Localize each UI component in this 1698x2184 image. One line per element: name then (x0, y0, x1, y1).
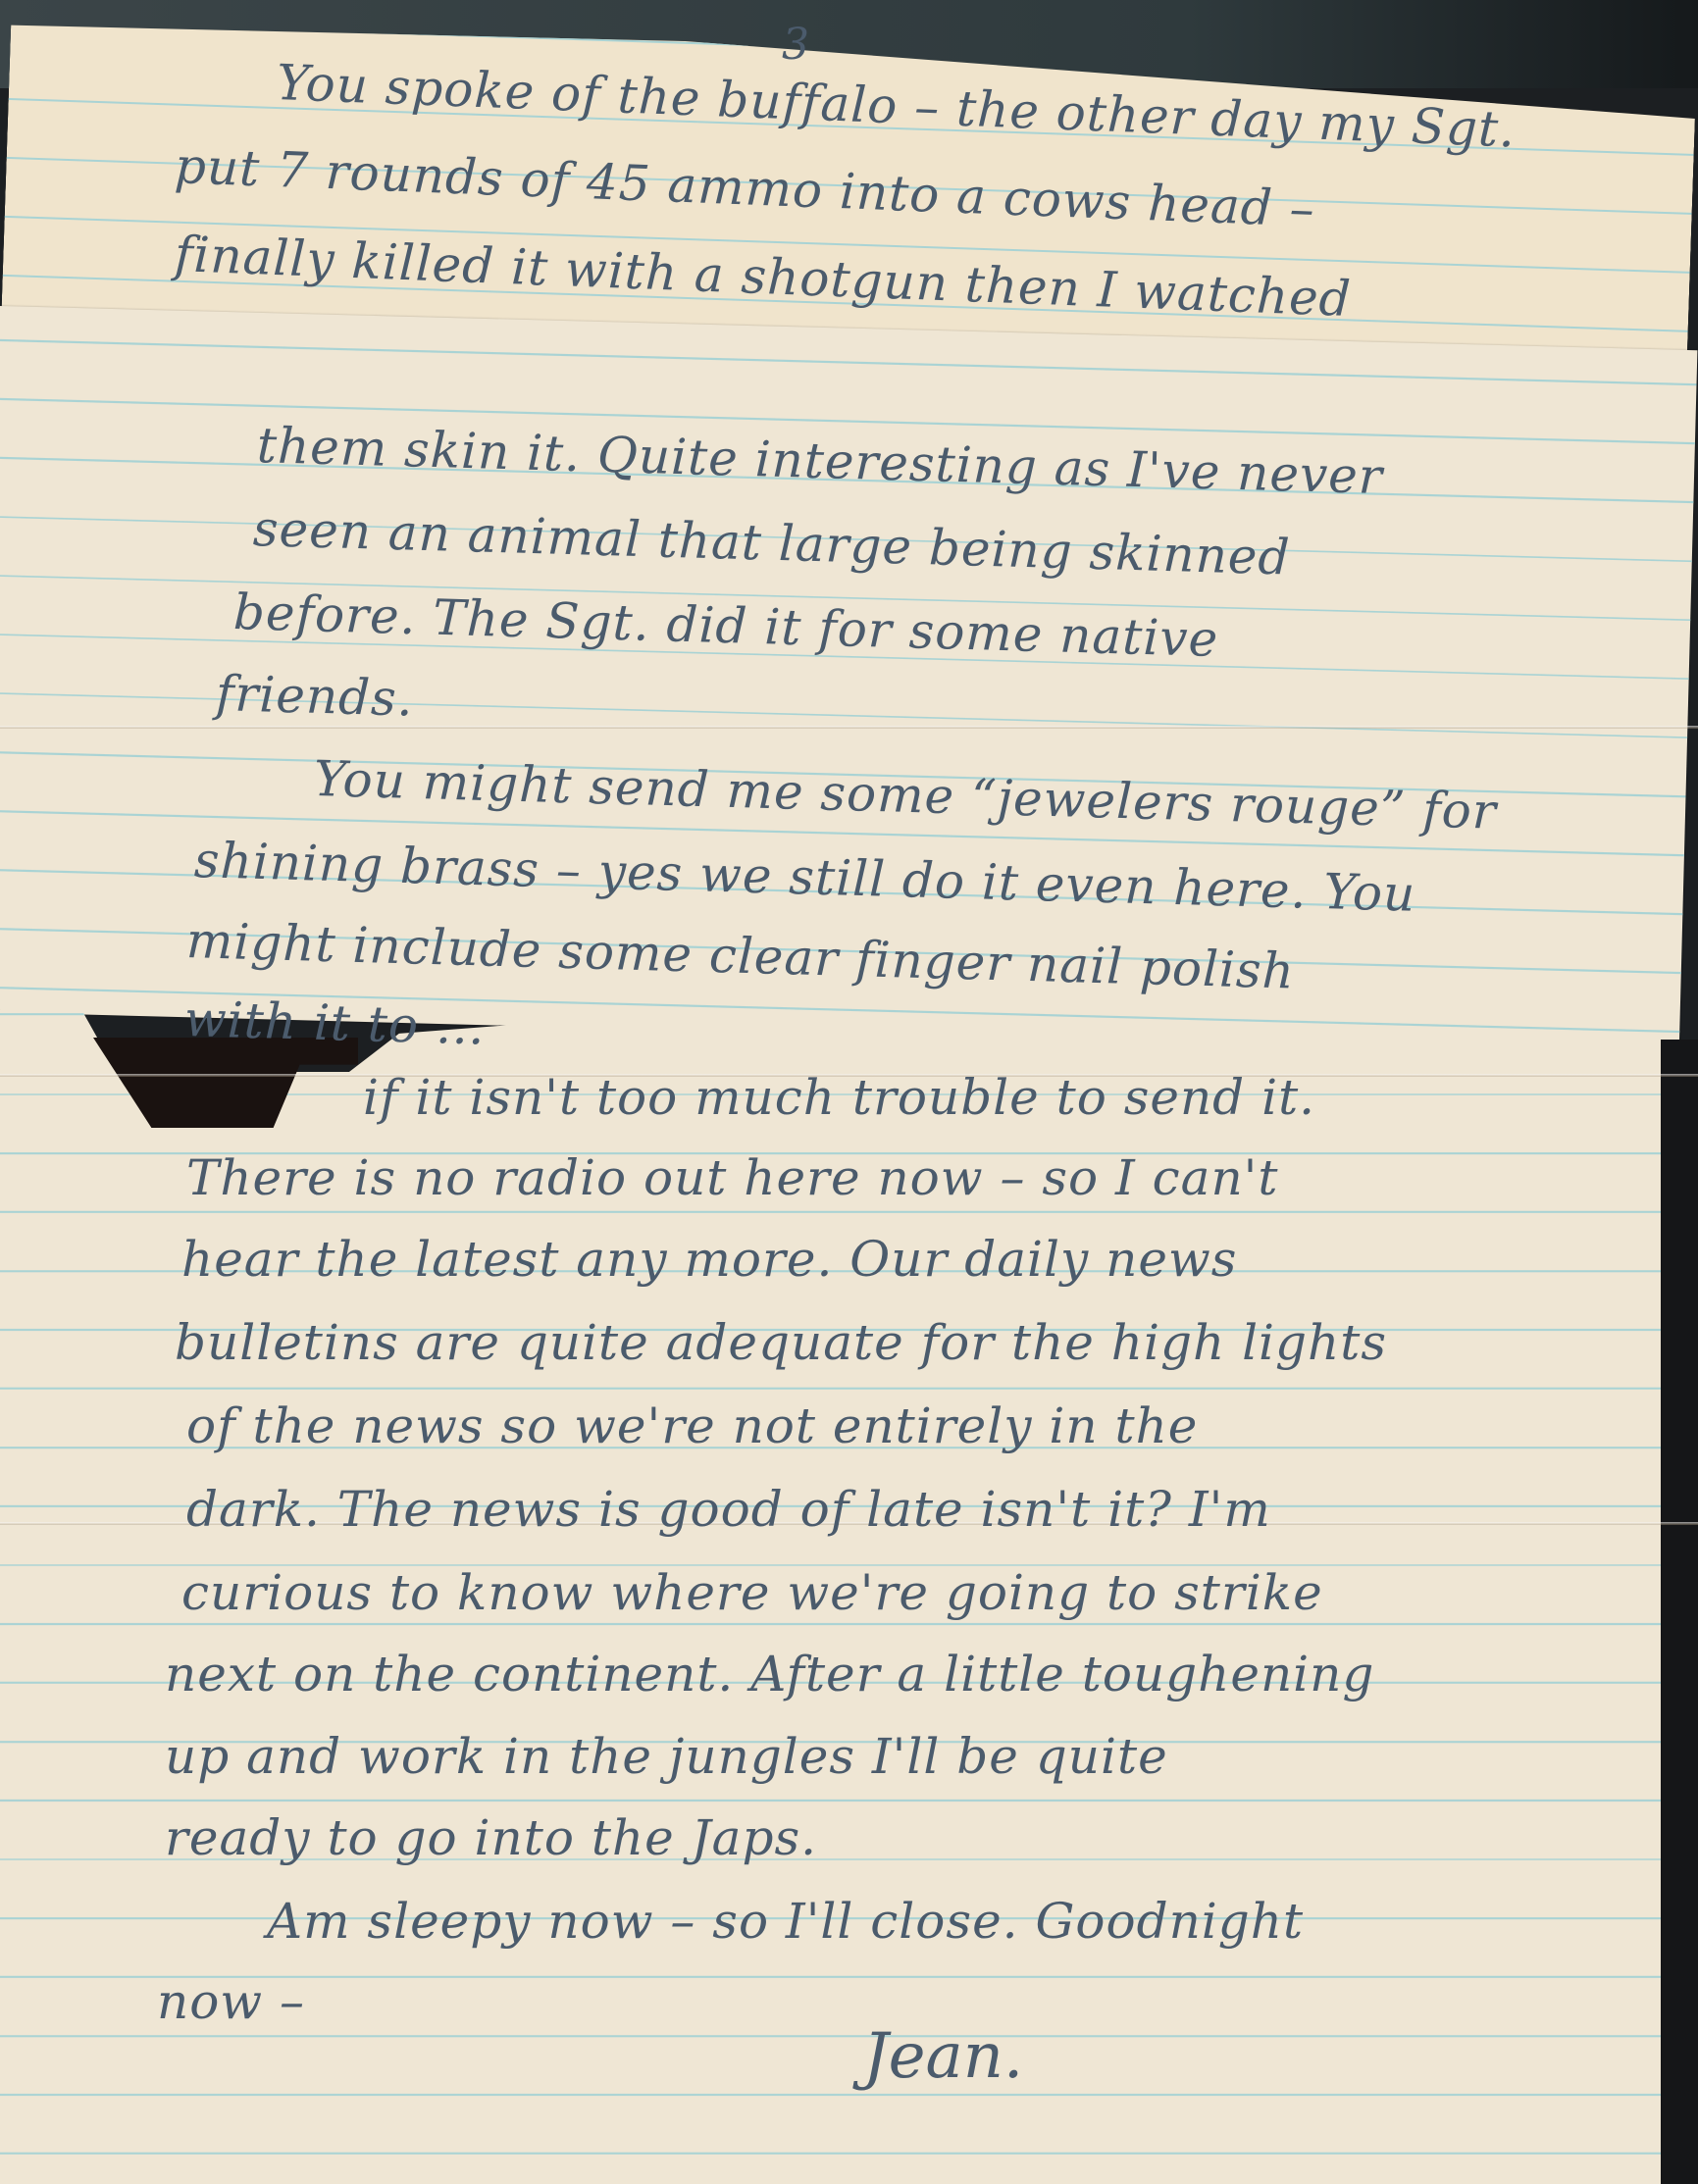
letter-line: hear the latest any more. Our daily news (181, 1231, 1237, 1288)
letter-line: up and work in the jungles I'll be quite (165, 1728, 1168, 1785)
letter-line: curious to know where we're going to str… (181, 1564, 1323, 1621)
letter-line: bulletins are quite adequate for the hig… (175, 1314, 1387, 1371)
scan-right-edge (1661, 1040, 1698, 2184)
letter-line: Am sleepy now – so I'll close. Goodnight (267, 1893, 1304, 1950)
letter-line: with it to … (183, 990, 487, 1056)
letter-line: if it isn't too much trouble to send it. (363, 1069, 1315, 1126)
letter-line: friends. (215, 665, 414, 728)
letter-line: of the news so we're not entirely in the (186, 1397, 1198, 1454)
page-number: 3 (782, 20, 809, 70)
letter-line: There is no radio out here now – so I ca… (186, 1149, 1278, 1206)
letter-line: ready to go into the Japs. (165, 1809, 817, 1866)
signature: Jean. (863, 2020, 1023, 2093)
letter-line: now – (157, 1973, 305, 2030)
letter-line: next on the continent. After a little to… (165, 1646, 1374, 1702)
letter-line: dark. The news is good of late isn't it?… (186, 1481, 1271, 1538)
paper-fold (0, 726, 1698, 729)
